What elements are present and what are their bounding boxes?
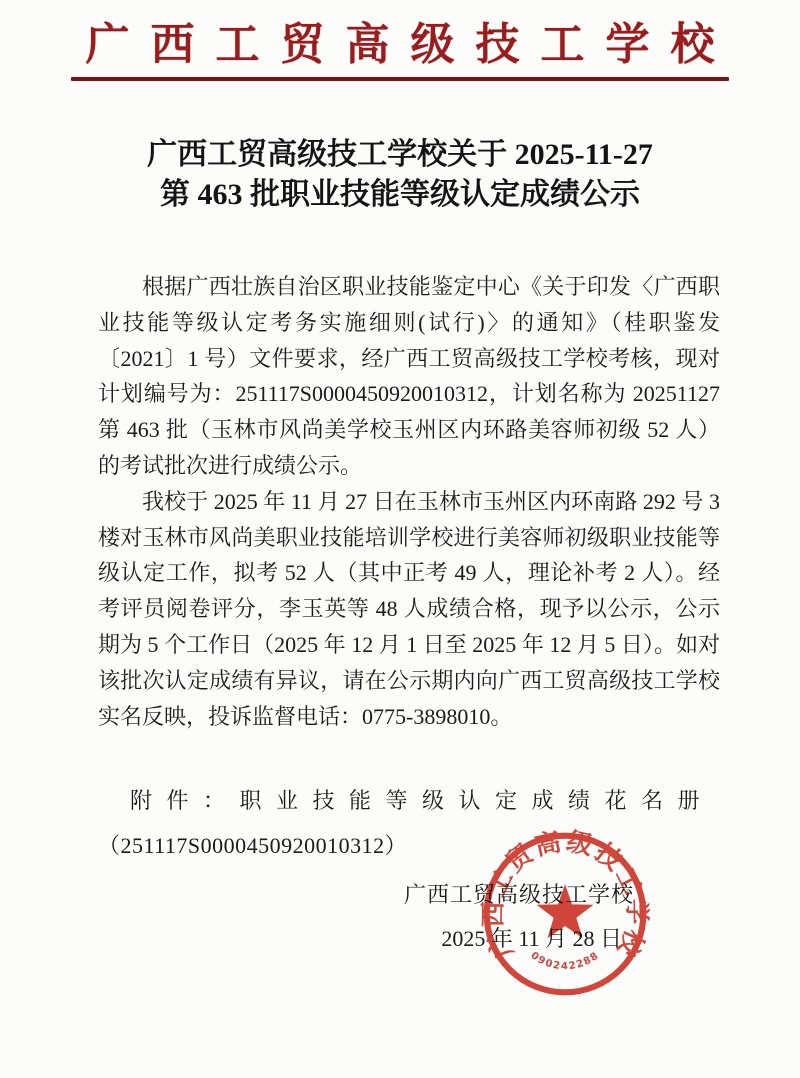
signature-organization: 广西工贸高级技工学校 — [0, 878, 800, 909]
document-body: 根据广西壮族自治区职业技能鉴定中心《关于印发〈广西职业技能等级认定考务实施细则(… — [98, 269, 720, 734]
attachment-title: 附件：职业技能等级认定成绩花名册 — [98, 784, 720, 815]
document-page: 广西工贸高级技工学校 广西工贸高级技工学校关于 2025-11-27 第 463… — [0, 0, 800, 1078]
attachment-plan-code: （251117S0000450920010312） — [98, 829, 720, 860]
body-paragraph-1: 根据广西壮族自治区职业技能鉴定中心《关于印发〈广西职业技能等级认定考务实施细则(… — [98, 269, 720, 484]
document-title-line2: 第 463 批职业技能等级认定成绩公示 — [0, 175, 800, 215]
document-title: 广西工贸高级技工学校关于 2025-11-27 第 463 批职业技能等级认定成… — [0, 135, 800, 215]
signature-block: 广西工贸高级技工学校 2025 年 11 月 28 日 — [0, 878, 800, 953]
attachment-section: 附件：职业技能等级认定成绩花名册 （251117S000045092001031… — [98, 784, 720, 860]
masthead-divider-rule — [71, 77, 729, 81]
body-paragraph-2: 我校于 2025 年 11 月 27 日在玉林市玉州区内环南路 292 号 3 … — [98, 484, 720, 735]
school-masthead-title: 广西工贸高级技工学校 — [0, 20, 800, 70]
document-title-line1: 广西工贸高级技工学校关于 2025-11-27 — [0, 135, 800, 175]
signature-date: 2025 年 11 月 28 日 — [0, 922, 800, 953]
